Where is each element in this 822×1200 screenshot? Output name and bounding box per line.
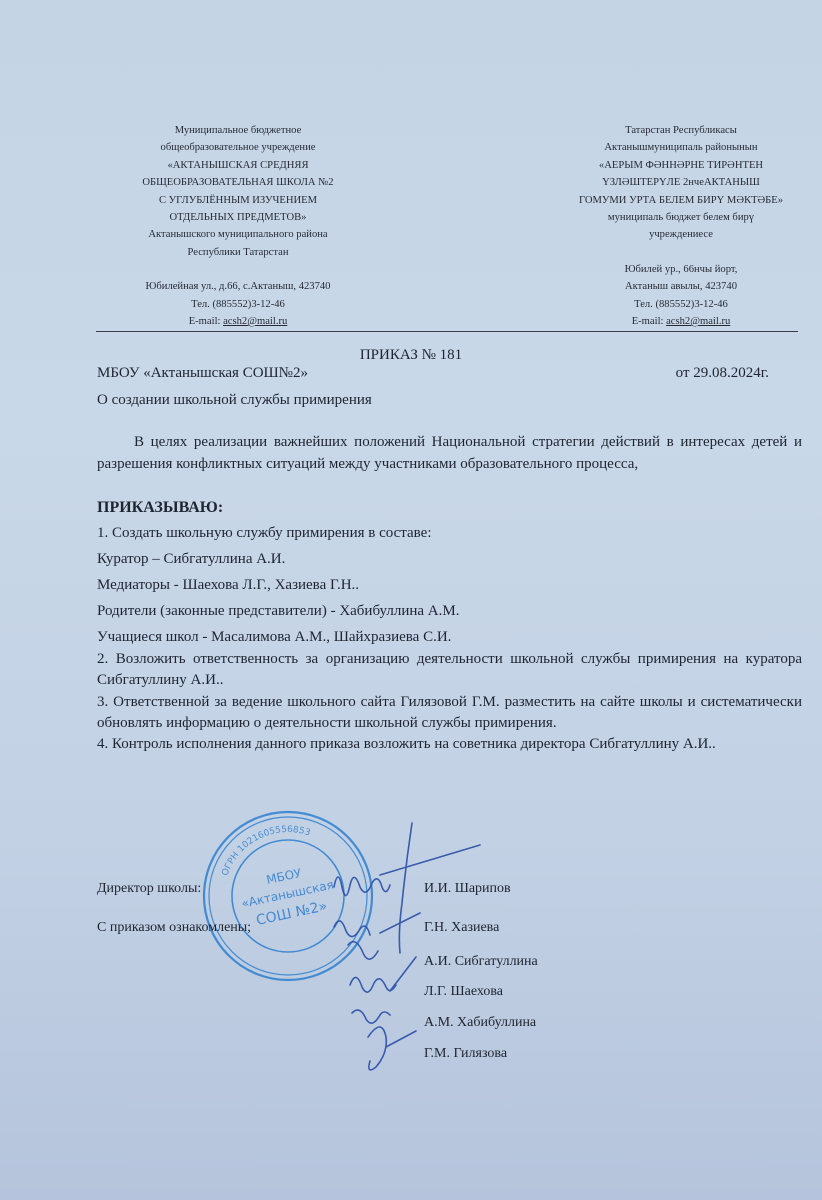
header-right-line: Татарстан Республикасы xyxy=(562,122,800,139)
order-date: от 29.08.2024г. xyxy=(676,365,769,382)
order-item-1: 1. Создать школьную службу примирения в … xyxy=(97,523,802,544)
email-label: E-mail: xyxy=(632,316,666,327)
header-right-email: E-mail: acsh2@mail.ru xyxy=(562,313,800,330)
header-right-line: Актанышмуниципаль районынын xyxy=(562,139,800,156)
organization-name: МБОУ «Актанышская СОШ№2» xyxy=(97,365,308,382)
document-page: Муниципальное бюджетное общеобразователь… xyxy=(0,0,822,1200)
handwritten-signatures-icon xyxy=(320,815,490,1075)
header-right-line: «АЕРЫМ ФӘННӘРНЕ ТИРӘНТЕН xyxy=(562,157,800,174)
header-right-line: ҮЗЛӘШТЕРҮЛЕ 2нчеАКТАНЫШ xyxy=(562,174,800,191)
member-curator: Куратор – Сибгатуллина А.И. xyxy=(97,549,802,570)
director-label: Директор школы: xyxy=(97,881,201,897)
header-right-phone: Тел. (885552)3-12-46 xyxy=(562,296,800,313)
header-left-line: Актанышского муниципального района xyxy=(112,226,364,243)
order-keyword: ПРИКАЗЫВАЮ: xyxy=(97,499,223,517)
member-students: Учащиеся школ - Масалимова А.М., Шайхраз… xyxy=(97,627,802,648)
order-item-3: 3. Ответственной за ведение школьного са… xyxy=(97,692,802,733)
preamble-paragraph: В целях реализации важнейших положений Н… xyxy=(97,431,802,475)
header-divider xyxy=(96,331,798,332)
acquainted-name: Г.М. Гилязова xyxy=(424,1046,507,1062)
header-left-line: ОТДЕЛЬНЫХ ПРЕДМЕТОВ» xyxy=(112,209,364,226)
header-left-line: Муниципальное бюджетное xyxy=(112,122,364,139)
header-left-block: Муниципальное бюджетное общеобразователь… xyxy=(112,122,364,330)
member-parents: Родители (законные представители) - Хаби… xyxy=(97,601,802,622)
header-left-phone: Тел. (885552)3-12-46 xyxy=(112,296,364,313)
order-subject: О создании школьной службы примирения xyxy=(97,392,372,409)
header-left-line: общеобразовательное учреждение xyxy=(112,139,364,156)
header-right-line: учреждениесе xyxy=(562,226,800,243)
header-left-line: «АКТАНЫШСКАЯ СРЕДНЯЯ xyxy=(112,157,364,174)
header-right-address: Юбилей ур., 66нчы йорт, xyxy=(562,261,800,278)
header-left-line: С УГЛУБЛЁННЫМ ИЗУЧЕНИЕМ xyxy=(112,192,364,209)
header-left-email: E-mail: acsh2@mail.ru xyxy=(112,313,364,330)
acquainted-name: А.И. Сибгатуллина xyxy=(424,954,538,970)
spacer xyxy=(112,261,364,278)
email-label: E-mail: xyxy=(189,316,223,327)
acquainted-name: А.М. Хабибуллина xyxy=(424,1015,536,1031)
director-name: И.И. Шарипов xyxy=(424,881,511,897)
acquainted-name: Г.Н. Хазиева xyxy=(424,920,499,936)
acquainted-name: Л.Г. Шаехова xyxy=(424,984,503,1000)
header-left-line: Республики Татарстан xyxy=(112,244,364,261)
email-link[interactable]: acsh2@mail.ru xyxy=(223,316,287,327)
header-left-line: ОБЩЕОБРАЗОВАТЕЛЬНАЯ ШКОЛА №2 xyxy=(112,174,364,191)
header-left-address: Юбилейная ул., д.66, с.Актаныш, 423740 xyxy=(112,278,364,295)
email-link[interactable]: acsh2@mail.ru xyxy=(666,316,730,327)
order-item-2: 2. Возложить ответственность за организа… xyxy=(97,649,802,690)
header-right-address: Актаныш авылы, 423740 xyxy=(562,278,800,295)
order-item-4: 4. Контроль исполнения данного приказа в… xyxy=(97,734,802,755)
spacer xyxy=(562,244,800,261)
header-right-block: Татарстан Республикасы Актанышмуниципаль… xyxy=(562,122,800,330)
order-title: ПРИКАЗ № 181 xyxy=(0,347,822,364)
acquainted-label: С приказом ознакомлены; xyxy=(97,920,251,936)
header-right-line: муниципаль бюджет белем бирү xyxy=(562,209,800,226)
member-mediators: Медиаторы - Шаехова Л.Г., Хазиева Г.Н.. xyxy=(97,575,802,596)
header-right-line: ГОМУМИ УРТА БЕЛЕМ БИРҮ МӘКТӘБЕ» xyxy=(562,192,800,209)
